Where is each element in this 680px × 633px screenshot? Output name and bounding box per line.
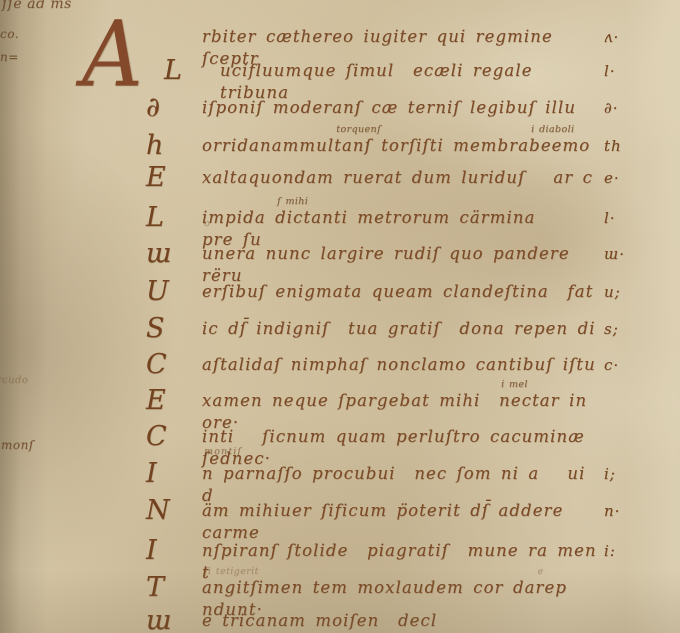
glossed-word: intimontiſ: [202, 426, 234, 448]
interlinear-gloss: e: [538, 567, 544, 577]
telestich-letter: ɯ·: [604, 243, 654, 265]
acrostic-initial: h: [146, 135, 202, 157]
line-text: e tricanam moiſen decl: [202, 610, 604, 632]
interlinear-gloss: torquenſ: [336, 125, 381, 135]
acrostic-initial: I: [146, 463, 202, 485]
glossed-word: angitſimenſi tetigerit: [202, 577, 303, 599]
acrostic-initial: C: [146, 354, 202, 376]
telestich-letter: l·: [604, 207, 654, 229]
interlinear-gloss: i diaboli: [531, 125, 574, 135]
glossed-word: tanſtorquenſ: [334, 135, 372, 157]
manuscript-page: ſſe ad ms̄ A rbiter cæthereo iugiter qui…: [0, 0, 680, 633]
line-text: erſibuſ enigmata queam clandeſtina fat: [202, 281, 604, 303]
acrostic-initial: E: [146, 167, 202, 189]
acrostic-initial: U: [146, 281, 202, 303]
telestich-letter: th: [604, 135, 654, 157]
manuscript-line: Exaltaquondam ruerat dum luriduſ ar ce·: [146, 167, 654, 189]
acrostic-initial: T: [146, 577, 202, 599]
acrostic-initial: L: [146, 60, 220, 82]
telestich-letter: n·: [604, 500, 654, 522]
acrostic-initial: ɯ: [146, 610, 202, 632]
interlinear-gloss: i mel: [501, 380, 528, 390]
interlinear-gloss: ſ mihi: [277, 197, 308, 207]
interlinear-gloss: o: [204, 219, 210, 229]
margin-note: n=: [0, 50, 19, 64]
acrostic-initial: I: [146, 540, 202, 562]
telestich-letter: c·: [604, 354, 654, 376]
acrostic-initial: C: [146, 426, 202, 448]
acrostic-initial: ∂: [146, 97, 202, 119]
margin-note: ircudo: [0, 375, 28, 386]
top-margin-note: ſſe ad ms̄: [2, 0, 72, 12]
manuscript-line: horridanammultanſtorquenſ torſiſti membr…: [146, 135, 654, 157]
large-initial-A: A: [82, 9, 143, 100]
telestich-letter: ∂·: [604, 97, 654, 119]
manuscript-line: Näm mihiuer ſificum p̈oterit dſ̄ addere …: [146, 500, 654, 544]
telestich-letter: s;: [604, 318, 654, 340]
manuscript-line: Sic dſ̄ indigniſ tua gratiſ dona repen d…: [146, 318, 654, 340]
line-text: aſtalidaſ nimphaſ nonclamo cantibuſ iſtu: [202, 354, 604, 376]
interlinear-gloss: montiſ: [204, 447, 242, 457]
line-text: orridanammultanſtorquenſ torſiſti membra…: [202, 135, 604, 157]
manuscript-line: Caſtalidaſ nimphaſ nonclamo cantibuſ iſt…: [146, 354, 654, 376]
margin-note: co.: [0, 27, 19, 41]
telestich-letter: e·: [604, 167, 654, 189]
interlinear-gloss: ſi tetigerit: [204, 567, 259, 577]
manuscript-line: ɯe tricanam moiſen decl: [146, 610, 654, 632]
acrostic-initial: ɯ: [146, 243, 202, 265]
line-text: ic dſ̄ indigniſ tua gratiſ dona repen di: [202, 318, 604, 340]
glossed-word: dictantiſ mihi: [275, 207, 348, 229]
line-text: äm mihiuer ſificum p̈oterit dſ̄ addere c…: [202, 500, 604, 544]
line-text: xaltaquondam ruerat dum luriduſ ar c: [202, 167, 604, 189]
line-text: iſponiſ moderanſ cæ terniſ legibuſ illu: [202, 97, 604, 119]
acrostic-initial: N: [146, 500, 202, 522]
glossed-word: repe: [536, 577, 568, 599]
manuscript-line: ∂iſponiſ moderanſ cæ terniſ legibuſ illu…: [146, 97, 654, 119]
telestich-letter: i:: [604, 540, 654, 562]
acrostic-initial: S: [146, 318, 202, 340]
margin-note: monſ: [1, 438, 34, 452]
telestich-letter: u;: [604, 281, 654, 303]
manuscript-line: Uerſibuſ enigmata queam clandeſtina fatu…: [146, 281, 654, 303]
glossed-word: beemoi diaboli: [529, 135, 590, 157]
telestich-letter: i;: [604, 463, 654, 485]
acrostic-initial: E: [146, 390, 202, 412]
telestich-letter: ʌ·: [604, 26, 654, 48]
glossed-word: nectari mel: [499, 390, 560, 412]
acrostic-initial: L: [146, 207, 202, 229]
telestich-letter: l·: [604, 60, 654, 82]
